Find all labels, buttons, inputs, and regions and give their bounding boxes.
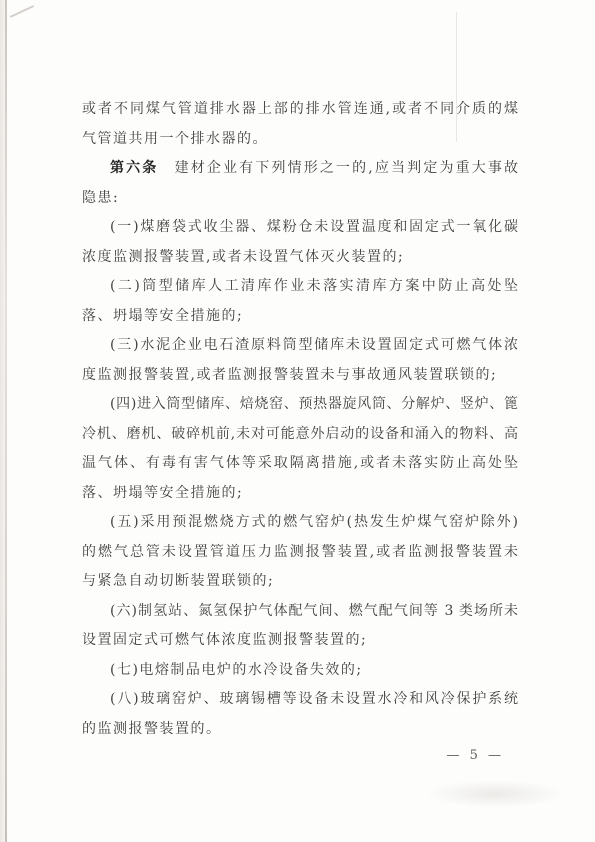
text-line: 气管道共用一个排水器的。 xyxy=(82,125,518,155)
text-line: 设置固定式可燃气体浓度监测报警装置的; xyxy=(82,626,518,656)
text-line: 隐患: xyxy=(82,184,518,214)
paragraph: (四)进入筒型储库、焙烧窑、预热器旋风筒、分解炉、竖炉、篦冷机、磨机、破碎机前,… xyxy=(82,390,518,508)
text-line: 浓度监测报警装置,或者未设置气体灭火装置的; xyxy=(82,243,518,273)
text-line: (五)采用预混燃烧方式的燃气窑炉(热发生炉煤气窑炉除外) xyxy=(82,508,518,538)
paragraph: 或者不同煤气管道排水器上部的排水管连通,或者不同介质的煤气管道共用一个排水器的。 xyxy=(82,95,518,154)
text-line: 与紧急自动切断装置联锁的; xyxy=(82,567,518,597)
paragraph: (八)玻璃窑炉、玻璃锡槽等设备未设置水冷和风冷保护系统的监测报警装置的。 xyxy=(82,685,518,744)
scan-smudge xyxy=(425,780,565,808)
document-body: 或者不同煤气管道排水器上部的排水管连通,或者不同介质的煤气管道共用一个排水器的。… xyxy=(82,95,518,744)
article-number: 第六条 xyxy=(110,160,158,176)
paragraph: 第六条 建材企业有下列情形之一的,应当判定为重大事故隐患: xyxy=(82,154,518,213)
corner-fold-line xyxy=(10,5,34,17)
text-line: (二)筒型储库人工清库作业未落实清库方案中防止高处坠 xyxy=(82,272,518,302)
text-line: 的监测报警装置的。 xyxy=(82,715,518,745)
paragraph: (六)制氢站、氮氢保护气体配气间、燃气配气间等 3 类场所未设置固定式可燃气体浓… xyxy=(82,597,518,656)
text-line: (三)水泥企业电石渣原料筒型储库未设置固定式可燃气体浓 xyxy=(82,331,518,361)
text-line: (六)制氢站、氮氢保护气体配气间、燃气配气间等 3 类场所未 xyxy=(82,597,518,627)
paragraph: (五)采用预混燃烧方式的燃气窑炉(热发生炉煤气窑炉除外)的燃气总管未设置管道压力… xyxy=(82,508,518,597)
text-line: 落、坍塌等安全措施的; xyxy=(82,479,518,509)
text-line: 温气体、有毒有害气体等采取隔离措施,或者未落实防止高处坠 xyxy=(82,449,518,479)
text-line: 第六条 建材企业有下列情形之一的,应当判定为重大事故 xyxy=(82,154,518,184)
paragraph: (二)筒型储库人工清库作业未落实清库方案中防止高处坠落、坍塌等安全措施的; xyxy=(82,272,518,331)
paragraph: (七)电熔制品电炉的水冷设备失效的; xyxy=(82,656,518,686)
text-line: 的燃气总管未设置管道压力监测报警装置,或者监测报警装置未 xyxy=(82,538,518,568)
scanned-document-page: 或者不同煤气管道排水器上部的排水管连通,或者不同介质的煤气管道共用一个排水器的。… xyxy=(0,0,595,842)
paragraph: (三)水泥企业电石渣原料筒型储库未设置固定式可燃气体浓度监测报警装置,或者监测报… xyxy=(82,331,518,390)
text-line: 冷机、磨机、破碎机前,未对可能意外启动的设备和涌入的物料、高 xyxy=(82,420,518,450)
text-line: (一)煤磨袋式收尘器、煤粉仓未设置温度和固定式一氧化碳 xyxy=(82,213,518,243)
paragraph: (一)煤磨袋式收尘器、煤粉仓未设置温度和固定式一氧化碳浓度监测报警装置,或者未设… xyxy=(82,213,518,272)
text-line: 或者不同煤气管道排水器上部的排水管连通,或者不同介质的煤 xyxy=(82,95,518,125)
page-number: — 5 — xyxy=(82,748,518,763)
text-line: 度监测报警装置,或者监测报警装置未与事故通风装置联锁的; xyxy=(82,361,518,391)
text-line: (八)玻璃窑炉、玻璃锡槽等设备未设置水冷和风冷保护系统 xyxy=(82,685,518,715)
text-line: 落、坍塌等安全措施的; xyxy=(82,302,518,332)
text-line: (七)电熔制品电炉的水冷设备失效的; xyxy=(82,656,518,686)
text-line: (四)进入筒型储库、焙烧窑、预热器旋风筒、分解炉、竖炉、篦 xyxy=(82,390,518,420)
left-edge-line xyxy=(5,0,7,842)
